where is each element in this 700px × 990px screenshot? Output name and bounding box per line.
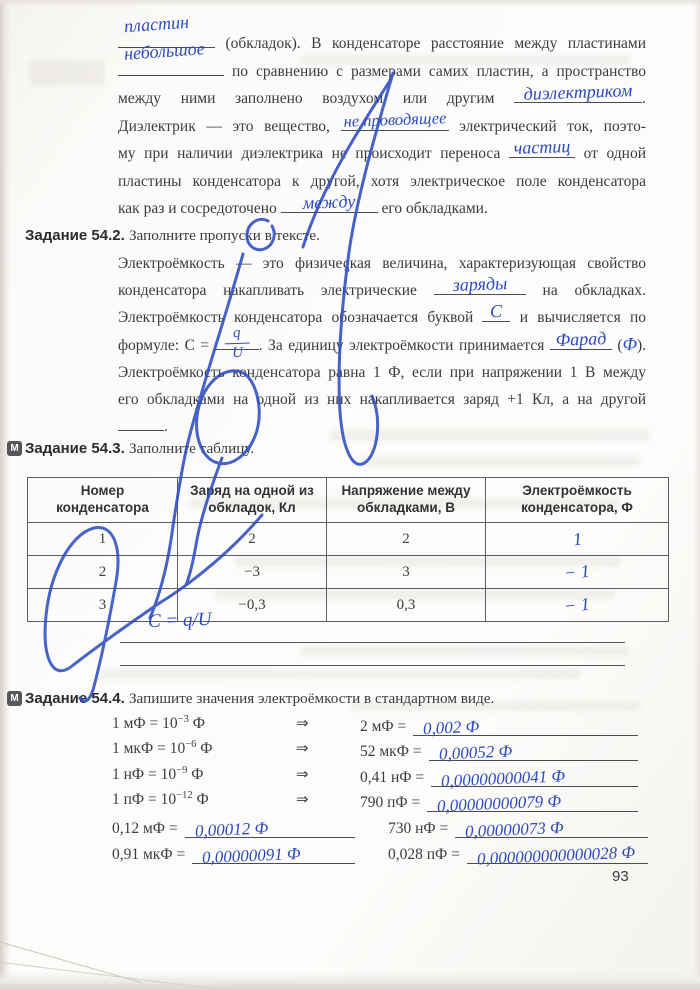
t2-line-6: его обкладками на одной из них накаплива… [118, 386, 646, 413]
value-label: 790 пФ = [360, 794, 427, 812]
cell-voltage: 2 [327, 523, 486, 556]
answer-blank: небольшое [118, 61, 224, 76]
conversion-row: 0,91 мкФ =0,00000091 Ф 0,028 пФ =0,00000… [0, 841, 700, 866]
task-instruction: Запишите значения электроёмкости в станд… [129, 690, 494, 707]
col-header-voltage: Напряжение между обкладками, В [327, 478, 486, 523]
answer-line: 0,002 Ф [413, 715, 638, 736]
handwritten-answer: − 1 [563, 593, 591, 617]
answer-blank: не проводящее [341, 116, 449, 131]
cell-charge: −3 [178, 556, 327, 589]
intro-line-7: как раз и сосредоточено между его обклад… [118, 195, 646, 223]
ruled-answer-line [120, 665, 625, 666]
bleed-through [360, 456, 640, 466]
value-label: 0,028 пФ = [388, 846, 467, 864]
handwritten-answer: 0,000000000000028 Ф [477, 843, 636, 870]
cell-capacitance: − 1 [486, 556, 669, 589]
cell-capacitance: − 1 [486, 589, 669, 622]
col-header-capacitance: Электроёмкость конденсатора, Ф [486, 478, 669, 523]
printed-text: как раз и сосредоточено [118, 200, 277, 217]
handwritten-answer: 0,00000000041 Ф [441, 766, 566, 791]
printed-text: (обкладок). В конденсаторе расстояние ме… [226, 35, 647, 52]
handwritten-answer: 0,00012 Ф [194, 818, 268, 841]
exponent: −6 [185, 739, 196, 750]
answer-line: 0,00012 Ф [185, 817, 355, 838]
printed-text: му при наличии диэлектрика не происходит… [118, 145, 500, 162]
task-number: Задание 54.2. [25, 227, 125, 244]
cell-voltage: 0,3 [327, 589, 486, 622]
handwritten-answer: не проводящее [343, 104, 447, 135]
value-label: 0,41 нФ = [360, 769, 431, 787]
value-label: 0,91 мкФ = [112, 846, 192, 864]
task-number: Задание 54.3. [25, 440, 125, 457]
handwritten-formula: С = q/U [148, 609, 212, 633]
handwritten-answer: заряды [452, 270, 507, 299]
task-54-2-heading: Задание 54.2. Заполните пропуски в текст… [25, 227, 320, 245]
cell-capacitance: 1 [486, 523, 669, 556]
task-54-2-paragraph: Электроёмкость — это физическая величина… [118, 250, 646, 440]
intro-line-5: му при наличии диэлектрика не происходит… [118, 140, 646, 168]
printed-text: конденсатора накапливать электрические [118, 282, 417, 299]
cell-charge: 2 [178, 523, 327, 556]
printed-text: по сравнению с размерами самих пластин, … [232, 63, 646, 80]
conversion-row: 1 мФ = 10−3 Ф ⇒ 2 мФ =0,002 Ф [0, 713, 700, 738]
unit-definition: 1 пФ = 10−12 Ф [112, 790, 209, 809]
cell-number: 1 [28, 523, 178, 556]
answer-blank-empty [118, 416, 164, 431]
value-label: 730 нФ = [388, 820, 455, 838]
printed-text: ). [637, 337, 646, 354]
task-number: Задание 54.4. [25, 690, 125, 707]
t2-line-1: Электроёмкость — это физическая величина… [118, 250, 646, 277]
conversion-row: 1 пФ = 10−12 Ф ⇒ 790 пФ =0,00000000079 Ф [0, 789, 700, 814]
t2-line-4: формуле: C = qU. За единицу электроёмкос… [118, 331, 646, 359]
answer-line: 0,00000091 Ф [192, 843, 355, 864]
answer-blank: частиц [509, 143, 575, 158]
printed-text: его обкладками. [382, 200, 488, 217]
answer-line: 0,00052 Ф [429, 740, 638, 761]
handwritten-answer: 0,00000000079 Ф [437, 791, 562, 816]
answer-line: 0,00000000041 Ф [431, 766, 638, 787]
printed-text: . [642, 90, 646, 107]
cell-voltage: 3 [327, 556, 486, 589]
handwritten-answer: 0,002 Ф [423, 717, 480, 739]
exponent: −12 [176, 790, 192, 801]
answer-blank: Фарад [550, 335, 612, 350]
unit-definition: 1 нФ = 10−9 Ф [112, 765, 203, 784]
printed-text: . [164, 418, 168, 435]
value-label: 2 мФ = [360, 718, 413, 736]
implies-arrow-icon: ⇒ [296, 714, 309, 733]
table-header-row: Номер конденсатора Заряд на одной из обк… [28, 478, 669, 523]
exponent: −3 [178, 714, 189, 725]
answer-blank: C [482, 307, 510, 322]
unit-definition: 1 мФ = 10−3 Ф [112, 714, 205, 733]
answer-line: 0,00000073 Ф [455, 817, 648, 838]
implies-arrow-icon: ⇒ [296, 790, 309, 809]
ruled-answer-line [120, 642, 625, 643]
implies-arrow-icon: ⇒ [296, 739, 309, 758]
col-header-number: Номер конденсатора [28, 478, 178, 523]
handwritten-answer: 1 [571, 528, 582, 550]
fraction-numerator: q [225, 326, 247, 344]
handwritten-answer: пластин [123, 8, 190, 40]
value-label: 0,12 мФ = [112, 820, 185, 838]
handwritten-answer: Ф [623, 334, 637, 354]
printed-text: Электроёмкость конденсатора обозначается… [118, 309, 473, 326]
intro-paragraph: пластин (обкладок). В конденсаторе расст… [118, 30, 646, 223]
printed-text: и вычисляется по [520, 309, 646, 326]
page-top-edge [0, 0, 700, 7]
method-badge-icon: М [7, 691, 22, 706]
printed-text: от одной [584, 145, 646, 162]
method-badge-icon: М [7, 441, 22, 456]
conversion-row: 1 мкФ = 10−6 Ф ⇒ 52 мкФ =0,00052 Ф [0, 738, 700, 763]
answer-line: 0,000000000000028 Ф [467, 843, 648, 864]
workbook-page: пластин (обкладок). В конденсаторе расст… [0, 0, 700, 990]
unit-definition: 1 мкФ = 10−6 Ф [112, 739, 213, 758]
printed-text: Диэлектрик — это вещество, [118, 118, 330, 135]
handwritten-answer: между [302, 188, 356, 217]
handwritten-answer: небольшое [123, 35, 205, 68]
table-row: 3 −0,3 0,3 − 1 [28, 589, 669, 622]
cell-number: 2 [28, 556, 178, 589]
implies-arrow-icon: ⇒ [296, 765, 309, 784]
page-number: 93 [612, 868, 629, 885]
answer-line: 0,00000000079 Ф [427, 791, 638, 812]
value-label: 52 мкФ = [360, 743, 429, 761]
handwritten-answer: диэлектриком [523, 77, 633, 108]
printed-text: Электроёмкость конденсатора равна 1 Ф, е… [118, 364, 646, 381]
handwritten-answer: C [490, 298, 503, 325]
printed-text: формуле: C = [118, 337, 209, 354]
fraction-denominator: U [224, 343, 249, 362]
intro-line-6: пластины конденсатора к другой, хотя эле… [118, 168, 646, 196]
table-row: 2 −3 3 − 1 [28, 556, 669, 589]
answer-blank: заряды [434, 280, 526, 295]
t2-line-5: Электроёмкость конденсатора равна 1 Ф, е… [118, 359, 646, 386]
handwritten-answer: частиц [513, 133, 571, 162]
task-54-4-heading: Задание 54.4. Запишите значения электроё… [25, 690, 494, 708]
exponent: −9 [176, 765, 187, 776]
handwritten-fraction: qU [224, 318, 250, 362]
handwritten-answer: 0,00052 Ф [438, 741, 512, 764]
task-instruction: Заполните пропуски в тексте. [129, 227, 320, 244]
table-row: 1 2 2 1 [28, 523, 669, 556]
col-header-charge: Заряд на одной из обкладок, Кл [178, 478, 327, 523]
handwritten-answer: 0,00000073 Ф [465, 818, 564, 842]
handwritten-answer: Фарад [555, 325, 607, 354]
task-54-3-heading: Задание 54.3. Заполните таблицу. [25, 440, 254, 458]
bleed-through [100, 669, 580, 679]
answer-blank: между [281, 198, 378, 213]
bleed-through [30, 60, 105, 86]
bleed-through [300, 646, 630, 656]
conversion-row: 0,12 мФ =0,00012 Ф 730 нФ =0,00000073 Ф [0, 815, 700, 840]
t2-line-7: . [118, 413, 646, 440]
answer-blank: qU [215, 335, 259, 350]
printed-text: пластины конденсатора к другой, хотя эле… [118, 173, 646, 190]
conversion-row: 1 нФ = 10−9 Ф ⇒ 0,41 нФ =0,00000000041 Ф [0, 764, 700, 789]
task-instruction: Заполните таблицу. [129, 440, 254, 457]
capacitor-table: Номер конденсатора Заряд на одной из обк… [27, 477, 669, 622]
t2-line-2: конденсатора накапливать электрические з… [118, 277, 646, 304]
printed-text: Электроёмкость — это физическая величина… [118, 255, 646, 272]
printed-text: на обкладках. [543, 282, 646, 299]
printed-text: его обкладками на одной из них накаплива… [118, 391, 646, 408]
handwritten-answer: 0,00000091 Ф [202, 844, 301, 868]
answer-blank: диэлектриком [514, 88, 642, 103]
printed-text: . За единицу электроёмкости принимается [259, 337, 545, 354]
printed-text: электрический ток, поэто- [459, 118, 646, 135]
handwritten-answer: − 1 [563, 560, 591, 584]
